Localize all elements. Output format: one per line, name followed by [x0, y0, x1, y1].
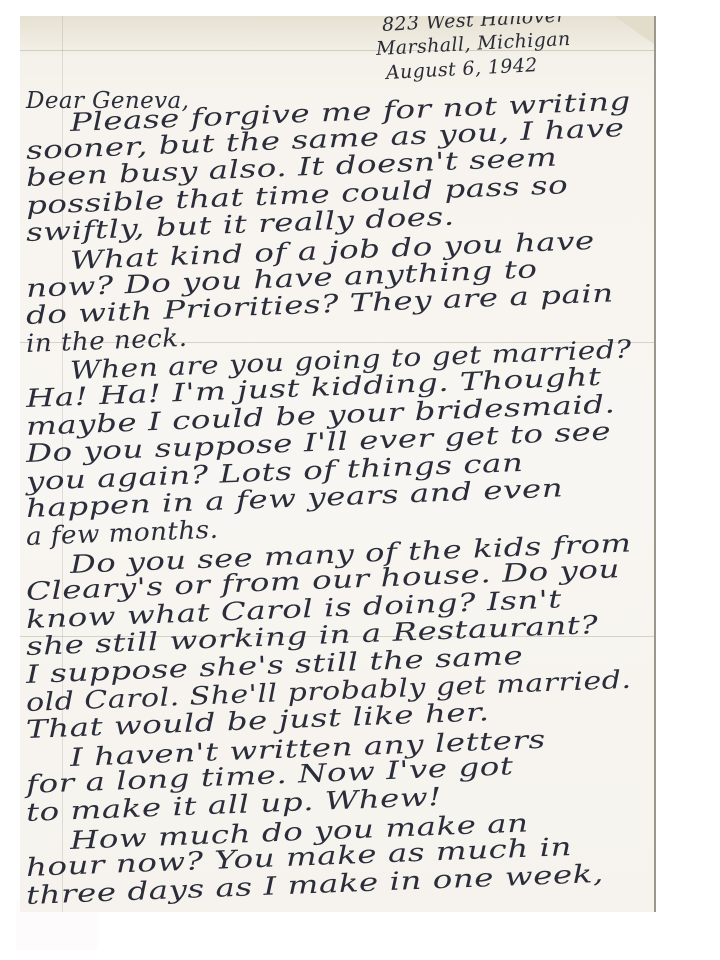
letter-date: August 6, 1942 — [385, 54, 538, 84]
letter-page: 823 West Hanover Marshall, Michigan Augu… — [20, 16, 656, 912]
folded-corner — [614, 16, 654, 44]
